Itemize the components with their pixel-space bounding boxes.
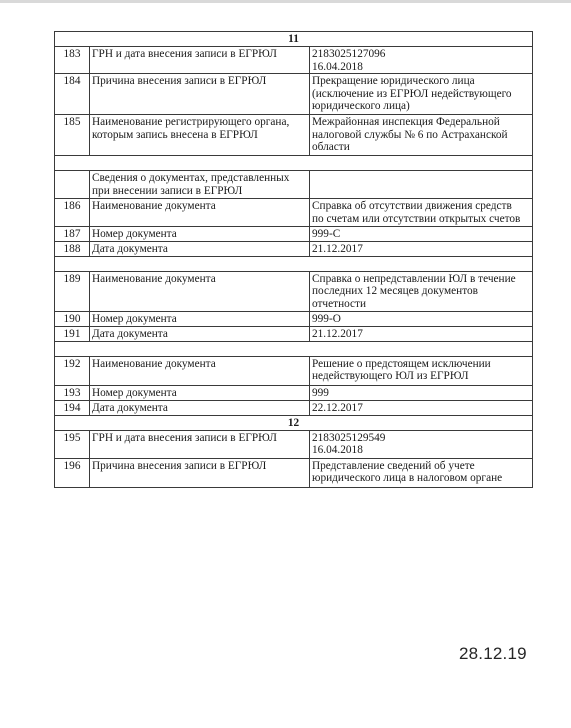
row-label: Номер документа [90,227,310,242]
row-label: Дата документа [90,326,310,341]
documents-header-label: Сведения о документах, представленных пр… [90,171,310,199]
row-label: Дата документа [90,400,310,415]
table-row: 189Наименование документаСправка о непре… [55,271,533,311]
row-number: 194 [55,400,90,415]
section-header-row: 11 [55,32,533,47]
row-number: 189 [55,271,90,311]
row-label: Наименование документа [90,356,310,385]
section-number: 12 [55,415,533,430]
row-value: 218302512709616.04.2018 [310,47,533,74]
table-row: 196Причина внесения записи в ЕГРЮЛПредст… [55,458,533,487]
row-number: 190 [55,311,90,326]
row-number: 186 [55,199,90,227]
row-label: Дата документа [90,241,310,256]
spacer-row [55,256,533,271]
row-number: 185 [55,115,90,156]
egrul-extract-table: 11183ГРН и дата внесения записи в ЕГРЮЛ2… [54,31,533,488]
row-value: Решение о предстоящем исключениинедейств… [310,356,533,385]
row-value [310,171,533,199]
row-label: Причина внесения записи в ЕГРЮЛ [90,458,310,487]
table-row: 184Причина внесения записи в ЕГРЮЛПрекра… [55,74,533,115]
row-value: 999 [310,385,533,400]
row-value: Межрайонная инспекция Федеральнойналогов… [310,115,533,156]
row-label: ГРН и дата внесения записи в ЕГРЮЛ [90,430,310,458]
row-label: Причина внесения записи в ЕГРЮЛ [90,74,310,115]
table-row: 195ГРН и дата внесения записи в ЕГРЮЛ218… [55,430,533,458]
row-value: 22.12.2017 [310,400,533,415]
table-row: 190Номер документа999-О [55,311,533,326]
row-value: Справка о непредставлении ЮЛ в течениепо… [310,271,533,311]
row-value: 21.12.2017 [310,241,533,256]
row-number: 183 [55,47,90,74]
row-value: Представление сведений об учетеюридическ… [310,458,533,487]
table-row: 194Дата документа22.12.2017 [55,400,533,415]
spacer-cell [55,256,533,271]
row-value: 218302512954916.04.2018 [310,430,533,458]
table-row: 187Номер документа999-С [55,227,533,242]
row-number: 188 [55,241,90,256]
top-edge-shadow [0,0,571,3]
spacer-cell [55,341,533,356]
row-number: 196 [55,458,90,487]
row-value: Справка об отсутствии движения средствпо… [310,199,533,227]
row-number: 195 [55,430,90,458]
table-row: 188Дата документа21.12.2017 [55,241,533,256]
row-number: 184 [55,74,90,115]
row-value: Прекращение юридического лица(исключение… [310,74,533,115]
row-label: Наименование регистрирующего органа, кот… [90,115,310,156]
row-number: 187 [55,227,90,242]
documents-header-row: Сведения о документах, представленных пр… [55,171,533,199]
row-number: 193 [55,385,90,400]
row-number [55,171,90,199]
table-row: 191Дата документа21.12.2017 [55,326,533,341]
table-row: 192Наименование документаРешение о предс… [55,356,533,385]
table-row: 183ГРН и дата внесения записи в ЕГРЮЛ218… [55,47,533,74]
section-header-row: 12 [55,415,533,430]
table-row: 193Номер документа999 [55,385,533,400]
table-row: 185Наименование регистрирующего органа, … [55,115,533,156]
row-label: Номер документа [90,311,310,326]
section-number: 11 [55,32,533,47]
table-row: 186Наименование документаСправка об отсу… [55,199,533,227]
row-value: 21.12.2017 [310,326,533,341]
row-number: 192 [55,356,90,385]
spacer-row [55,156,533,171]
row-number: 191 [55,326,90,341]
row-value: 999-О [310,311,533,326]
date-stamp: 28.12.19 [459,644,527,664]
row-label: Наименование документа [90,271,310,311]
row-label: Наименование документа [90,199,310,227]
row-label: Номер документа [90,385,310,400]
spacer-cell [55,156,533,171]
row-label: ГРН и дата внесения записи в ЕГРЮЛ [90,47,310,74]
spacer-row [55,341,533,356]
row-value: 999-С [310,227,533,242]
